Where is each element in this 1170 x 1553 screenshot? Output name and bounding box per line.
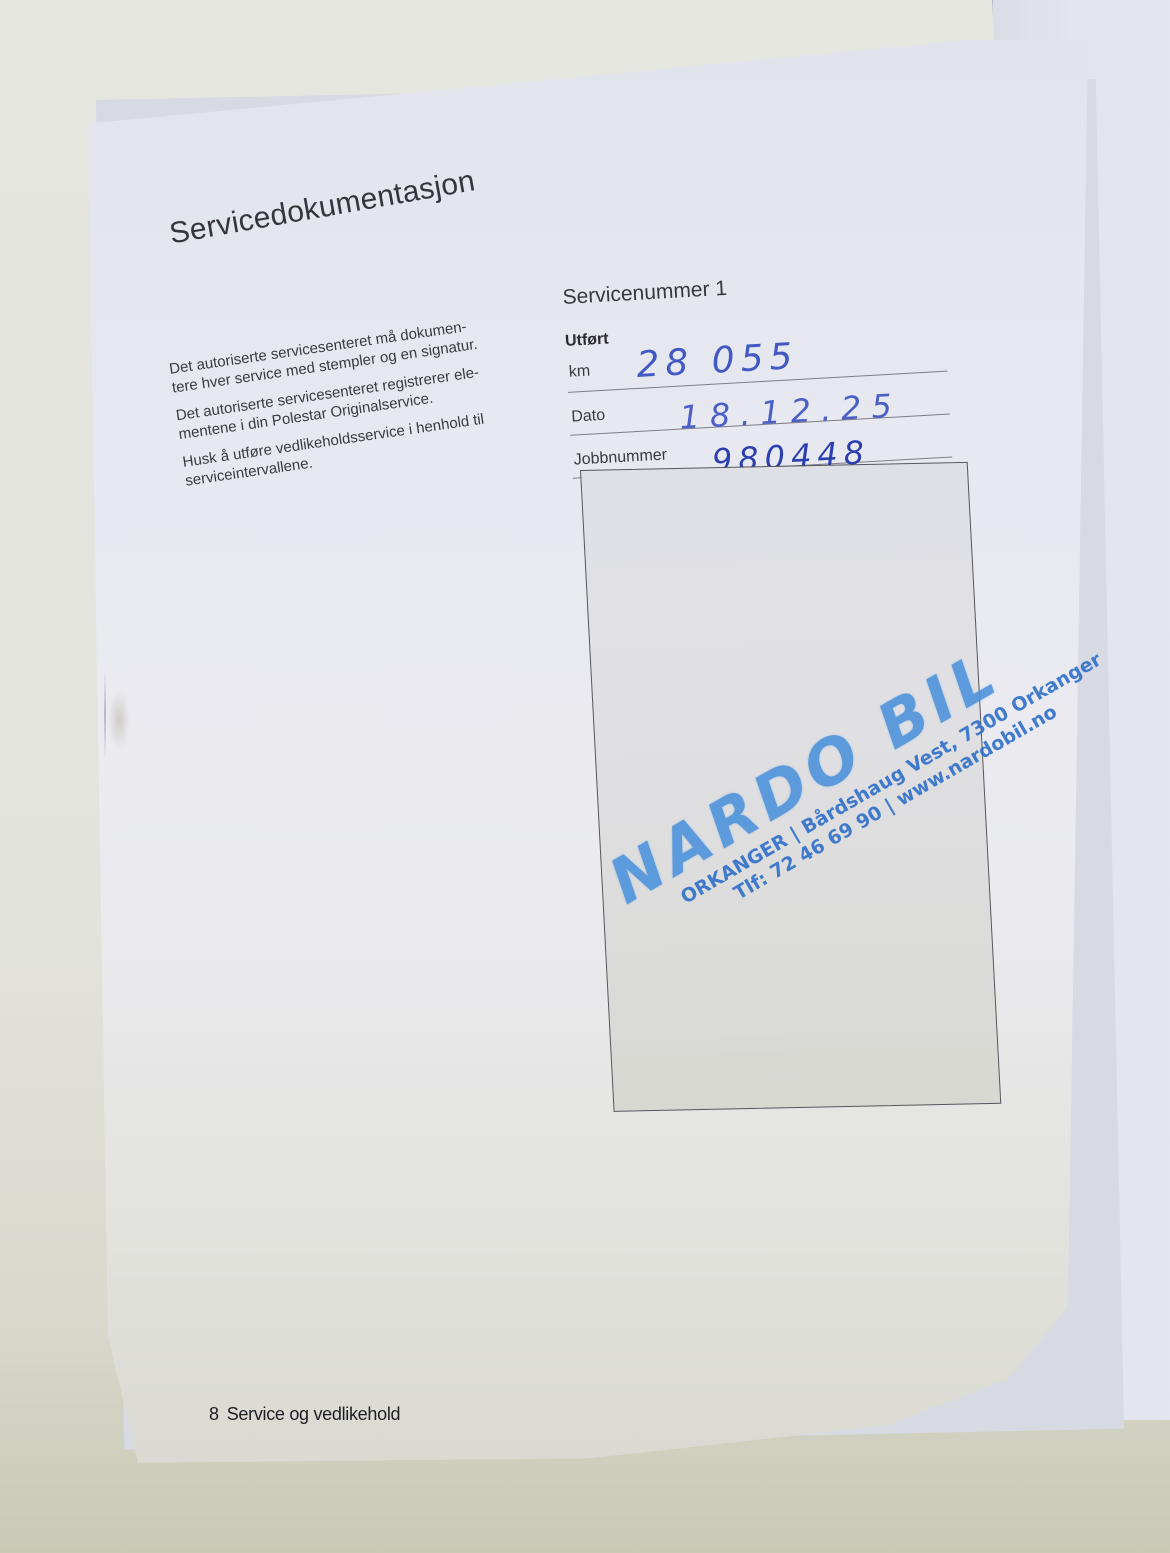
page-smudge — [108, 690, 130, 750]
page-footer: 8Service og vedlikehold — [209, 1404, 400, 1425]
km-handwritten-value: 28 055 — [635, 336, 799, 386]
date-label: Dato — [571, 407, 606, 427]
page-number: 8 — [209, 1404, 219, 1424]
intro-text: Det autoriserte servicesenteret må dokum… — [168, 316, 493, 500]
job-number-label: Jobbnummer — [573, 446, 667, 469]
km-label: km — [568, 363, 590, 382]
page-content: Servicedokumentasjon Det autoriserte ser… — [0, 0, 1170, 1553]
page-fold-mark — [104, 670, 106, 760]
service-form: Servicenummer 1 Utført km 28 055 Dato 18… — [562, 264, 972, 479]
service-number-heading: Servicenummer 1 — [562, 264, 963, 310]
page-title: Servicedokumentasjon — [167, 164, 478, 251]
section-name: Service og vedlikehold — [227, 1404, 401, 1424]
